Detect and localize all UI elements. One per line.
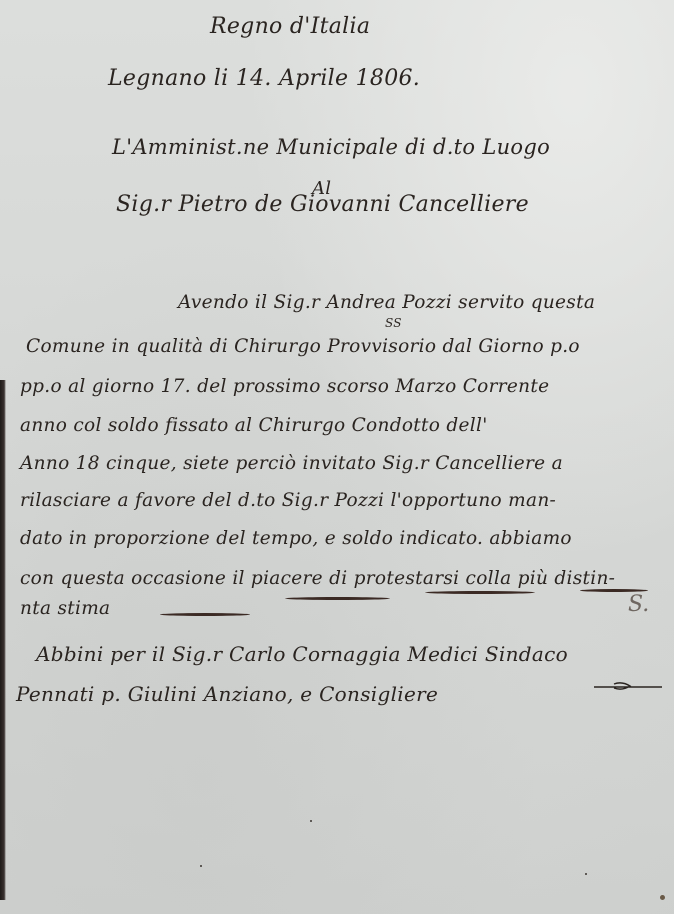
- paper-speck: [310, 820, 312, 822]
- paper-speck: [200, 865, 202, 867]
- paper-stain: [660, 895, 665, 900]
- flourish-mark: [592, 680, 672, 694]
- recipient-line: Sig.r Pietro de Giovanni Cancelliere: [116, 192, 529, 217]
- place-and-date: Legnano li 14. Aprile 1806.: [108, 66, 420, 91]
- body-line-1: Avendo il Sig.r Andrea Pozzi servito que…: [178, 292, 595, 313]
- signature-line-1: Abbini per il Sig.r Carlo Cornaggia Medi…: [36, 642, 568, 666]
- body-line-2: Comune in qualità di Chirurgo Provvisori…: [26, 336, 580, 357]
- paper-speck: [585, 873, 587, 875]
- body-line-6: rilasciare a favore del d.to Sig.r Pozzi…: [20, 490, 556, 511]
- body-line-8: con questa occasione il piacere di prote…: [20, 568, 615, 589]
- body-line-4: anno col soldo fissato al Chirurgo Condo…: [20, 415, 488, 436]
- closing-rule-2: [285, 597, 390, 600]
- body-line-9: nta stima: [20, 598, 110, 619]
- body-line-3: pp.o al giorno 17. del prossimo scorso M…: [20, 376, 549, 397]
- body-line-7: dato in proporzione del tempo, e soldo i…: [20, 528, 572, 549]
- binding-edge-shadow: [0, 380, 6, 900]
- closing-rule-3: [425, 591, 535, 594]
- body-line-5: Anno 18 cinque, siete perciò invitato Si…: [20, 453, 563, 474]
- letterhead-title: Regno d'Italia: [210, 14, 370, 39]
- closing-mark: S.: [628, 592, 649, 617]
- sender-line: L'Amminist.ne Municipale di d.to Luogo: [112, 135, 550, 159]
- letter-page: Regno d'Italia Legnano li 14. Aprile 180…: [0, 0, 674, 914]
- signature-line-2: Pennati p. Giulini Anziano, e Consiglier…: [16, 682, 438, 706]
- interlinear-note: SS: [385, 316, 402, 330]
- closing-rule-1: [160, 613, 250, 616]
